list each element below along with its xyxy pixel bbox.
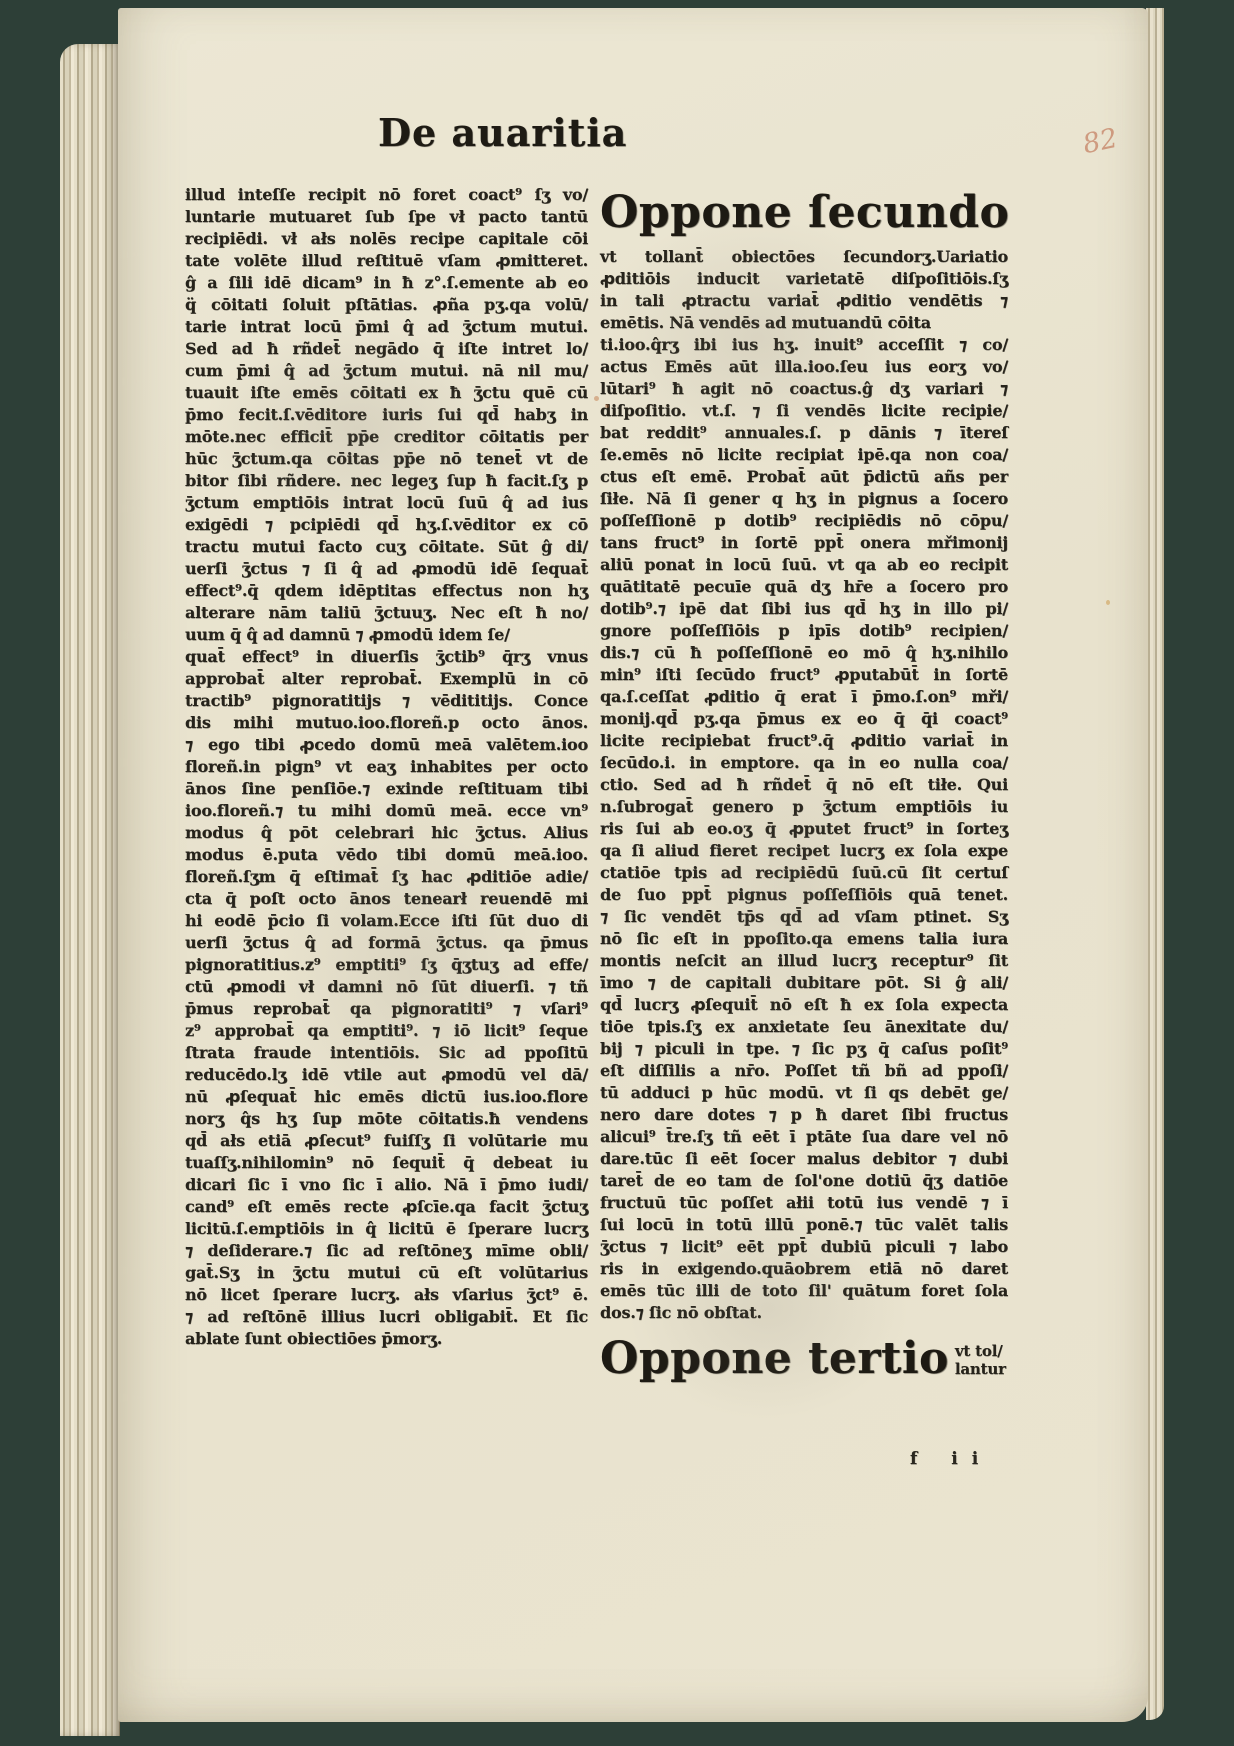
text-line: nō ſic eſt in ppoſito.qa emens talia iur… [600, 928, 1008, 950]
text-line: ĝ a ſili idē dicam⁹ in ħ z°.ſ.emente ab … [185, 272, 588, 294]
section-heading-secundo: Oppone ſecundo [600, 188, 1008, 238]
page: De auaritia 82 illud inteſſe recipit nō … [118, 8, 1148, 1722]
page-fore-edge [1146, 8, 1164, 1720]
text-line: uerſi ʒ̄ctus ⁊ ſi q̂ ad ꝓmodū idē ſequat… [185, 558, 588, 580]
text-line: uum q̄ q̂ ad damnū ⁊ ꝓmodū idem ſe/ [185, 624, 588, 646]
scene-background: De auaritia 82 illud inteſſe recipit nō … [0, 0, 1234, 1746]
text-line: dare.tūc ſi eēt ſocer malus debitor ⁊ du… [600, 1148, 1008, 1170]
section-heading-tertio: Oppone tertio [600, 1334, 949, 1384]
text-line: modus q̂ pōt celebrari hic ʒ̄ctus. Alius [185, 822, 588, 844]
text-line: ſui locū in totū illū ponē.⁊ tūc valēt t… [600, 1214, 1008, 1236]
text-line: dicari ſic ī vno ſic ī alio. Nā ī p̄mo i… [185, 1174, 588, 1196]
text-line: poſſeſſionē p dotib⁹ recipiēdis nō cōpu/ [600, 510, 1008, 532]
text-line: cand⁹ eſt emēs recte ꝓſcīe.qa facit ʒ̄ct… [185, 1196, 588, 1218]
text-line: Sed ad ħ rñdet̄ negādo q̄ iſte intret lo… [185, 338, 588, 360]
text-line: effect⁹.q̄ qdem idēptitas effectus non h… [185, 580, 588, 602]
text-line: tuauit iſte emēs cōitati ex ħ ʒ̄ctu quē … [185, 382, 588, 404]
right-column-lines: vt tollant̄ obiectōes ſecundorʒ.Uariatio… [600, 246, 1008, 1324]
text-line: exigēdi ⁊ pcipiēdi qd̄ hʒ.ſ.vēditor ex c… [185, 514, 588, 536]
text-line: pignoratitius.z⁹ emptiti⁹ ſʒ q̄ʒtuʒ ad e… [185, 954, 588, 976]
text-line: ſe.emēs nō licite recipiat ipē.qa non co… [600, 444, 1008, 466]
text-line: dotib⁹.⁊ ipē dat ſibi ius qd̄ hʒ in illo… [600, 598, 1008, 620]
text-line: illud inteſſe recipit nō foret coact⁹ ſʒ… [185, 184, 588, 206]
text-line: ctus eſt emē. Probat̄ aūt p̄dictū añs pe… [600, 466, 1008, 488]
left-text-column: illud inteſſe recipit nō foret coact⁹ ſʒ… [185, 184, 588, 1350]
right-text-column: Oppone ſecundo vt tollant̄ obiectōes ſec… [600, 188, 1008, 1384]
text-line: tū adduci p hūc modū. vt ſi qs debēt ge/ [600, 1082, 1008, 1104]
text-line: recipiēdi. vł ałs nolēs recipe capitale … [185, 228, 588, 250]
text-line: quat̄ effect⁹ in diuerſis ʒ̄ctib⁹ q̄rʒ v… [185, 646, 588, 668]
text-line: diſpoſitio. vt.ſ. ⁊ ſi vendēs licite rec… [600, 400, 1008, 422]
text-line: ctio. Sed ad ħ rñdet̄ q̄ nō eſt tiłe. Qu… [600, 774, 1008, 796]
text-line: bat reddit⁹ annuales.ſ. p dānis ⁊ ītereſ [600, 422, 1008, 444]
text-line: licitū.ſ.emptiōis in q̂ licitū ē ſperare… [185, 1218, 588, 1240]
text-line: uerſi ʒ̄ctus q̂ ad formā ʒ̄ctus. qa p̄mu… [185, 932, 588, 954]
text-line: ſecūdo.i. in emptore. qa in eo nulla coa… [600, 752, 1008, 774]
text-line: dis.⁊ cū ħ poſſeſſionē eo mō q̂ hʒ.nihil… [600, 642, 1008, 664]
text-line: tarie intrat locū p̄mi q̂ ad ʒ̄ctum mutu… [185, 316, 588, 338]
text-line: ⁊ deſiderare.⁊ ſic ad reſtōneʒ mīme obli… [185, 1240, 588, 1262]
text-line: emēs tūc illi de toto ſil' quātum foret … [600, 1280, 1008, 1302]
text-line: lantur [955, 1360, 1006, 1378]
text-line: norʒ q̂s hʒ ſup mōte cōitatis.ħ vendens [185, 1108, 588, 1130]
text-line: eſt diſſilis a nr̄o. Poſſet tñ bñ ad ppo… [600, 1060, 1008, 1082]
text-line: vt tollant̄ obiectōes ſecundorʒ.Uariatio [600, 246, 1008, 268]
section-tertio: Oppone tertio vt tol/lantur f ii [600, 1334, 1008, 1384]
text-line: tuaſſʒ.nihilomin⁹ nō ſequit̄ q̄ debeat i… [185, 1152, 588, 1174]
text-line: quātitatē pecuīe quā dʒ hr̄e a ſocero pr… [600, 576, 1008, 598]
text-line: ⁊ ſic vendēt tp̄s qd̄ ad vſam ptinet. Sʒ [600, 906, 1008, 928]
text-line: tiōe tpis.ſʒ ex anxietate ſeu ānexitate … [600, 1016, 1008, 1038]
text-line: mōte.nec efficit̄ pp̄e creditor cōitatis… [185, 426, 588, 448]
text-line: nū ꝓſequat̄ hic emēs dictū ius.ioo.flore [185, 1086, 588, 1108]
text-line: hi eodē p̄cio ſi volam.Ecce iſti ſūt duo… [185, 910, 588, 932]
text-line: montis neſcit an illud lucrʒ receptur⁹ ſ… [600, 950, 1008, 972]
text-line: aliū ponat in locū ſuū. vt qa ab eo reci… [600, 554, 1008, 576]
text-line: dos.⁊ ſic nō obſtat. [600, 1302, 1008, 1324]
text-line: ctū ꝓmodi vł damni nō ſūt diuerſi. ⁊ tñ [185, 976, 588, 998]
text-line: licite recipiebat fruct⁹.q̄ ꝓditio varia… [600, 730, 1008, 752]
text-line: ⁊ ad reſtōnē illius lucri obligabit̄. Et… [185, 1306, 588, 1328]
text-line: ctatiōe tpis ad recipiēdū ſuū.cū ſit cer… [600, 862, 1008, 884]
side-note: vt tol/lantur [955, 1342, 1006, 1378]
text-line: ⁊ ego tibi ꝓcedo domū meā valētem.ioo [185, 734, 588, 756]
text-line: alterare nām taliū ʒ̄ctuuʒ. Nec eſt ħ no… [185, 602, 588, 624]
text-line: nō licet ſperare lucrʒ. ałs vſarius ʒ̄ct… [185, 1284, 588, 1306]
text-line: reducēdo.lʒ idē vtile aut ꝓmodū vel dā/ [185, 1064, 588, 1086]
text-line: de ſuo ppt̄ pignus poſſeſſiōis quā tenet… [600, 884, 1008, 906]
text-line: ʒ̄ctum emptiōis intrat locū ſuū q̂ ad iu… [185, 492, 588, 514]
text-line: ti.ioo.q̂rʒ ibi ius hʒ. inuit⁹ acceſſit … [600, 334, 1008, 356]
folio-number: 82 [1080, 123, 1120, 160]
text-line: ānos ſine penſiōe.⁊ exinde reſtituam tib… [185, 778, 588, 800]
ink-speck [594, 396, 599, 401]
text-line: ꝓditiōis inducit varietatē diſpoſitiōis.… [600, 268, 1008, 290]
text-line: qd̄ ałs etiā ꝓſecut⁹ fuiſſʒ ſi volūtarie… [185, 1130, 588, 1152]
text-line: taret̄ de eo tam de ſol'one dotiū q̄ʒ da… [600, 1170, 1008, 1192]
text-line: emētis. Nā vendēs ad mutuandū cōita [600, 312, 1008, 334]
text-line: ris in exigendo.quāobrem etiā nō daret [600, 1258, 1008, 1280]
text-line: tans fruct⁹ in ſortē ppt̄ onera mřimonij [600, 532, 1008, 554]
text-line: vt tol/ [955, 1342, 1006, 1360]
text-line: qa ſi aliud fieret recipet lucrʒ ex ſola… [600, 840, 1008, 862]
text-line: tractib⁹ pignoratitijs ⁊ vēdititijs. Con… [185, 690, 588, 712]
text-line: min⁹ iſti ſecūdo fruct⁹ ꝓputabūt̄ in ſor… [600, 664, 1008, 686]
text-line: īmo ⁊ de capitali dubitare pōt. Si ĝ ali… [600, 972, 1008, 994]
text-line: hūc ʒ̄ctum.qa cōitas pp̄e nō tenet̄ vt d… [185, 448, 588, 470]
text-line: ablate ſunt obiectiōes p̄morʒ. [185, 1328, 588, 1350]
text-line: gnore poſſeſſiōis p ipīs dotib⁹ recipien… [600, 620, 1008, 642]
text-line: bitor ſibi rñdere. nec legeʒ ſup ħ facit… [185, 470, 588, 492]
text-line: q̈ cōitati ſoluit pſtātias. ꝓña pʒ.qa vo… [185, 294, 588, 316]
text-line: fructuū tūc poſſet ałii totū ius vendē ⁊… [600, 1192, 1008, 1214]
text-line: p̄mus reprobat̄ qa pignoratiti⁹ ⁊ vſari⁹ [185, 998, 588, 1020]
text-line: in tali ꝓtractu variat̄ ꝓditio vendētis … [600, 290, 1008, 312]
text-line: ſtrata fraude intentiōis. Sic ad ppoſitū [185, 1042, 588, 1064]
text-line: tate volēte illud reſtituē vſam ꝓmittere… [185, 250, 588, 272]
text-line: n.ſubrogat̄ genero p ʒ̄ctum emptiōis iu [600, 796, 1008, 818]
running-title: De auaritia [378, 110, 627, 155]
text-line: ʒ̄ctus ⁊ licit⁹ eēt ppt̄ dubiū piculi ⁊ … [600, 1236, 1008, 1258]
text-line: cta q̄ poſt octo ānos tenearł reuendē mi [185, 888, 588, 910]
text-line: ris ſui ab eo.oʒ q̄ ꝓputet fruct⁹ in ſor… [600, 818, 1008, 840]
text-line: dis mihi mutuo.ioo.floreñ.p octo ānos. [185, 712, 588, 734]
text-line: cum p̄mi q̂ ad ʒ̄ctum mutui. nā nil mu/ [185, 360, 588, 382]
text-line: qd̄ lucrʒ ꝓſequit̄ nō eſt ħ ex ſola expe… [600, 994, 1008, 1016]
text-line: nero dare dotes ⁊ p ħ daret ſibi fructus [600, 1104, 1008, 1126]
text-line: ioo.floreñ.⁊ tu mihi domū meā. ecce vn⁹ [185, 800, 588, 822]
text-line: z⁹ approbat̄ qa emptiti⁹. ⁊ iō licit⁹ ſe… [185, 1020, 588, 1042]
text-line: floreñ.in pign⁹ vt eaʒ inhabites per oct… [185, 756, 588, 778]
text-line: modus ē.puta vēdo tibi domū meā.ioo. [185, 844, 588, 866]
text-line: tractu mutui facto cuʒ cōitate. Sūt ĝ di… [185, 536, 588, 558]
text-line: alicui⁹ t̄re.ſʒ tñ eēt ī ptāte ſua dare … [600, 1126, 1008, 1148]
text-line: floreñ.ſʒm q̄ eſtimat̄ ſʒ hac ꝓditiōe ad… [185, 866, 588, 888]
text-line: bij ⁊ piculi in tpe. ⁊ ſic pʒ q̄ caſus p… [600, 1038, 1008, 1060]
text-line: lūtari⁹ ħ agit nō coactus.ĝ dʒ variari ⁊ [600, 378, 1008, 400]
signature-mark: f ii [910, 1448, 992, 1470]
text-line: luntarie mutuaret ſub ſpe vł pacto tantū [185, 206, 588, 228]
ink-speck [1106, 600, 1110, 605]
text-line: actus Emēs aūt illa.ioo.ſeu ius eorʒ vo/ [600, 356, 1008, 378]
text-line: qa.ſ.ceſſat ꝓditio q̄ erat ī p̄mo.ſ.on⁹ … [600, 686, 1008, 708]
text-line: ſiłe. Nā ſi gener q hʒ in pignus a ſocer… [600, 488, 1008, 510]
text-line: approbat̄ alter reprobat̄. Exemplū in cō [185, 668, 588, 690]
text-line: p̄mo fecit.ſ.vēditore iuris ſui qd̄ habʒ… [185, 404, 588, 426]
text-line: monij.qd̄ pʒ.qa p̄mus ex eo q̄ q̄i coact… [600, 708, 1008, 730]
book-binding-edges [60, 44, 120, 1736]
text-line: gat̄.Sʒ in ʒ̄ctu mutui cū eſt volūtarius [185, 1262, 588, 1284]
